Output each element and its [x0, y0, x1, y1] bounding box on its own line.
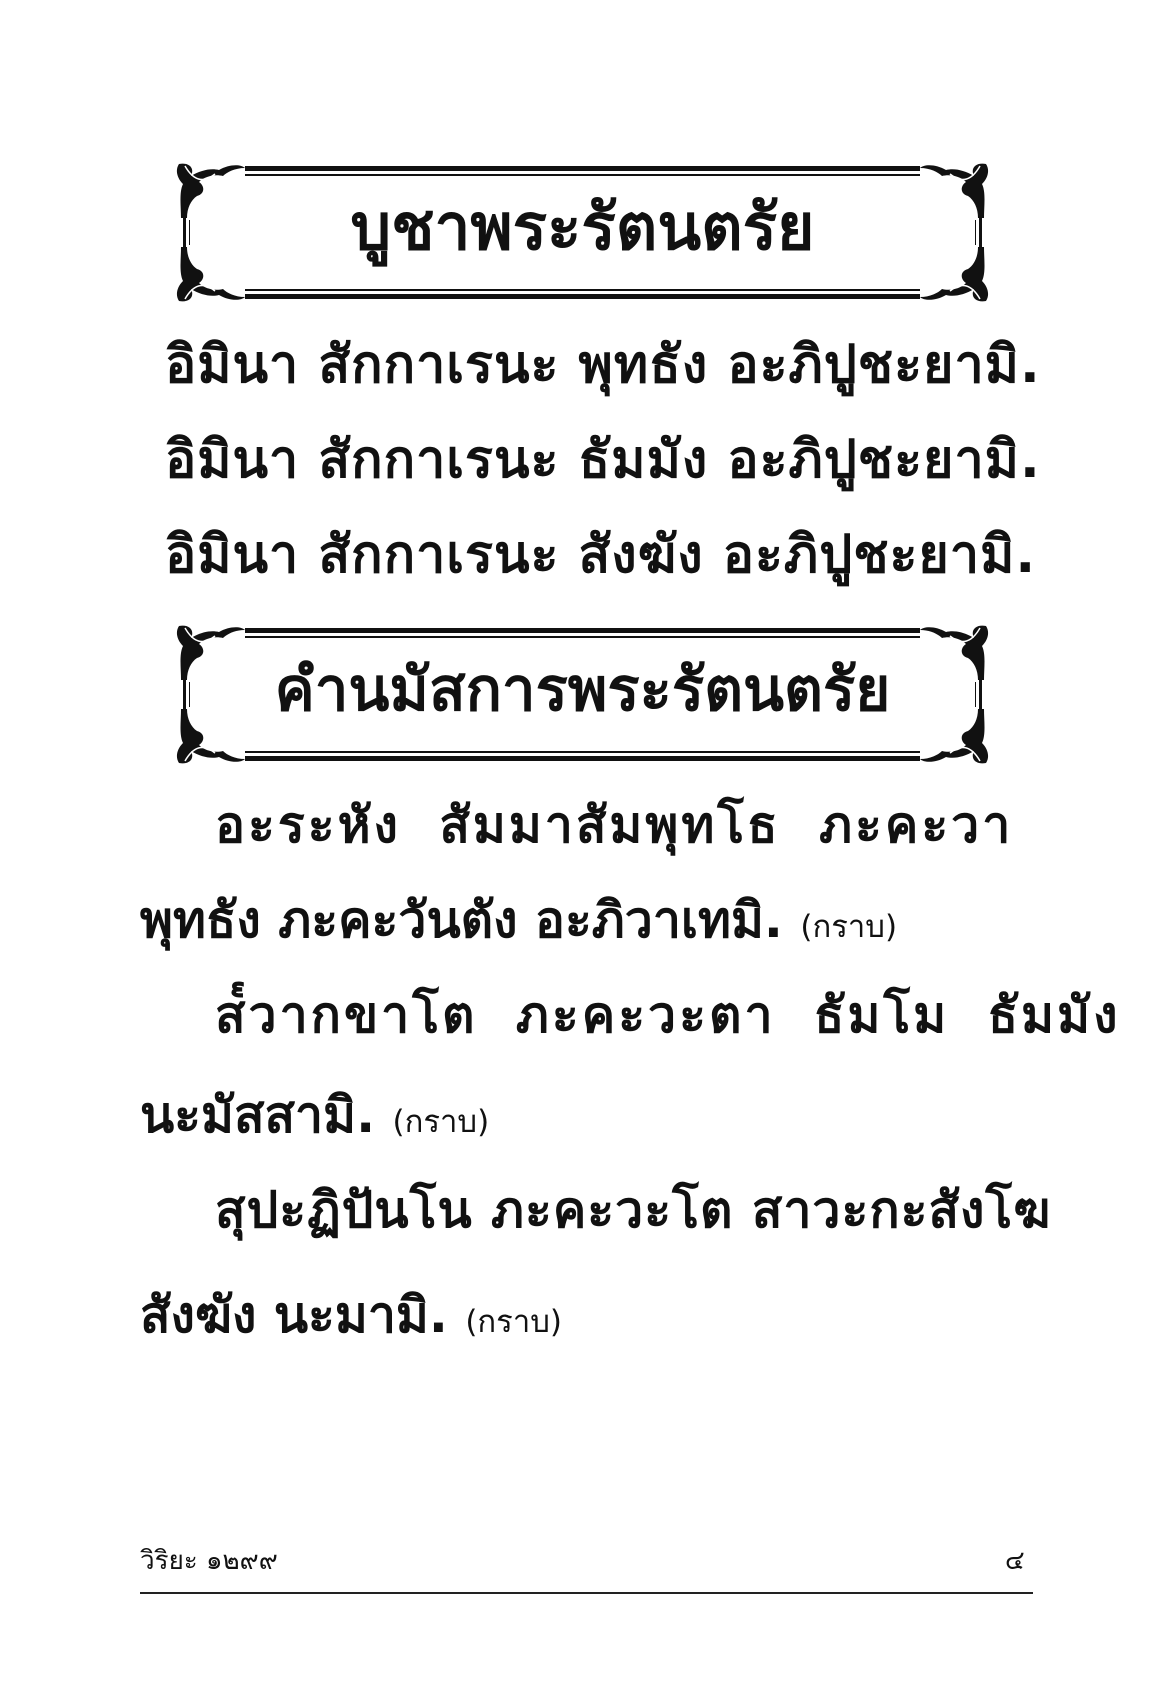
frame-top-rule: [245, 166, 920, 171]
frame-bottom-rule-thin: [245, 751, 920, 753]
section-heading: บูชาพระรัตนตรัย: [175, 188, 990, 268]
section-heading: คำนมัสการพระรัตนตรัย: [175, 650, 990, 730]
prostrate-note: (กราบ): [800, 909, 897, 945]
frame-bottom-rule: [245, 294, 920, 299]
chant-line: ส๎วากขาโต ภะคะวะตา ธัมโม ธัมมัง: [215, 975, 1120, 1055]
frame-bottom-rule-thin: [245, 289, 920, 291]
frame-bottom-rule: [245, 756, 920, 761]
footer-book-title: วิริยะ ๑๒๙๙: [140, 1540, 278, 1581]
chant-text: พุทธัง ภะคะวันตัง อะภิวาเทมิ.: [140, 891, 783, 949]
chant-line: อะระหัง สัมมาสัมพุทโธ ภะคะวา: [215, 785, 1013, 865]
chant-line: สังฆัง นะมามิ. (กราบ): [140, 1275, 562, 1362]
prostrate-note: (กราบ): [392, 1104, 489, 1140]
footer-divider: [140, 1592, 1033, 1594]
heading-frame-1: บูชาพระรัตนตรัย: [175, 160, 990, 305]
prostrate-note: (กราบ): [465, 1304, 562, 1340]
page-number: ๔: [1005, 1540, 1025, 1581]
chant-line: สุปะฏิปันโน ภะคะวะโต สาวะกะสังโฆ: [215, 1170, 1051, 1250]
chant-line: อิมินา สักกาเรนะ ธัมมัง อะภิปูชะยามิ.: [165, 420, 1041, 500]
chant-line: นะมัสสามิ. (กราบ): [140, 1075, 489, 1162]
heading-frame-2: คำนมัสการพระรัตนตรัย: [175, 622, 990, 767]
chant-text: นะมัสสามิ.: [140, 1086, 375, 1144]
chant-line: อิมินา สักกาเรนะ พุทธัง อะภิปูชะยามิ.: [165, 325, 1041, 405]
chant-line: อิมินา สักกาเรนะ สังฆัง อะภิปูชะยามิ.: [165, 515, 1036, 595]
frame-top-rule: [245, 628, 920, 633]
chant-line: พุทธัง ภะคะวันตัง อะภิวาเทมิ. (กราบ): [140, 880, 897, 967]
frame-top-rule-thin: [245, 174, 920, 176]
frame-top-rule-thin: [245, 636, 920, 638]
chant-text: สังฆัง นะมามิ.: [140, 1286, 448, 1344]
